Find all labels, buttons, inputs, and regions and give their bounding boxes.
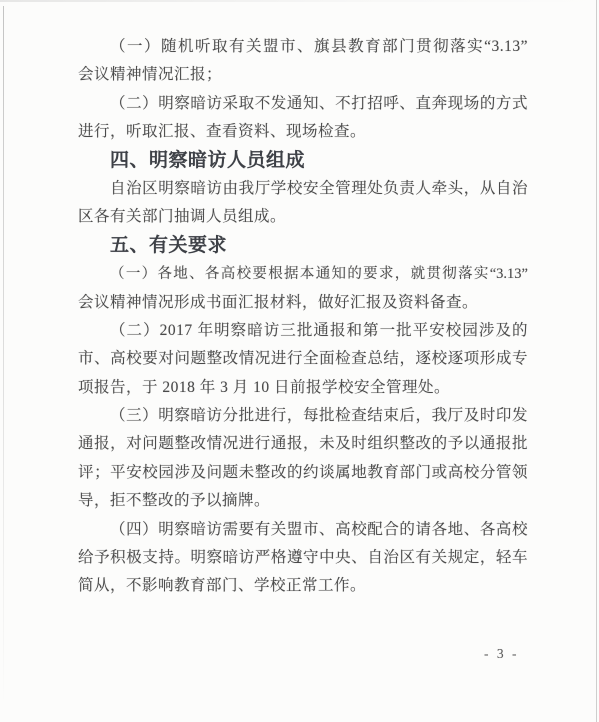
- scan-edge-left: [3, 6, 4, 706]
- body-line: 通报，对问题整改情况进行通报，未及时组织整改的予以通报批: [78, 430, 528, 458]
- document-page: （一）随机听取有关盟市、旗县教育部门贯彻落实“3.13”会议精神情况汇报；（二）…: [0, 0, 599, 722]
- page-number: - 3 -: [484, 646, 519, 662]
- body-line: 项报告，于 2018 年 3 月 10 日前报学校安全管理处。: [78, 374, 528, 402]
- body-line: 会议精神情况形成书面汇报材料，做好汇报及资料备查。: [78, 289, 528, 317]
- document-body: （一）随机听取有关盟市、旗县教育部门贯彻落实“3.13”会议精神情况汇报；（二）…: [78, 33, 528, 601]
- body-line: 会议精神情况汇报；: [78, 61, 528, 89]
- body-line: 进行，听取汇报、查看资料、现场检查。: [78, 118, 528, 146]
- body-line: （二）明察暗访采取不发通知、不打招呼、直奔现场的方式: [78, 90, 528, 118]
- body-line: （二）2017 年明察暗访三批通报和第一批平安校园涉及的盟: [78, 317, 528, 345]
- section-heading: 四、明察暗访人员组成: [78, 147, 528, 175]
- body-line: 评；平安校园涉及问题未整改的约谈属地教育部门或高校分管领: [78, 459, 528, 487]
- body-line: 市、高校要对问题整改情况进行全面检查总结，逐校逐项形成专: [78, 345, 528, 373]
- body-line: （一）各地、各高校要根据本通知的要求，就贯彻落实“3.13”: [78, 260, 528, 288]
- scan-edge-right: [596, 0, 597, 722]
- body-line: 区各有关部门抽调人员组成。: [78, 203, 528, 231]
- body-line: 简从，不影响教育部门、学校正常工作。: [78, 572, 528, 600]
- section-heading: 五、有关要求: [78, 232, 528, 260]
- body-line: 导，拒不整改的予以摘牌。: [78, 487, 528, 515]
- body-line: （四）明察暗访需要有关盟市、高校配合的请各地、各高校: [78, 516, 528, 544]
- scan-edge-top: [0, 0, 599, 2]
- body-line: （三）明察暗访分批进行，每批检查结束后，我厅及时印发: [78, 402, 528, 430]
- body-line: （一）随机听取有关盟市、旗县教育部门贯彻落实“3.13”: [78, 33, 528, 61]
- body-line: 给予积极支持。明察暗访严格遵守中央、自治区有关规定，轻车: [78, 544, 528, 572]
- body-line: 自治区明察暗访由我厅学校安全管理处负责人牵头，从自治: [78, 175, 528, 203]
